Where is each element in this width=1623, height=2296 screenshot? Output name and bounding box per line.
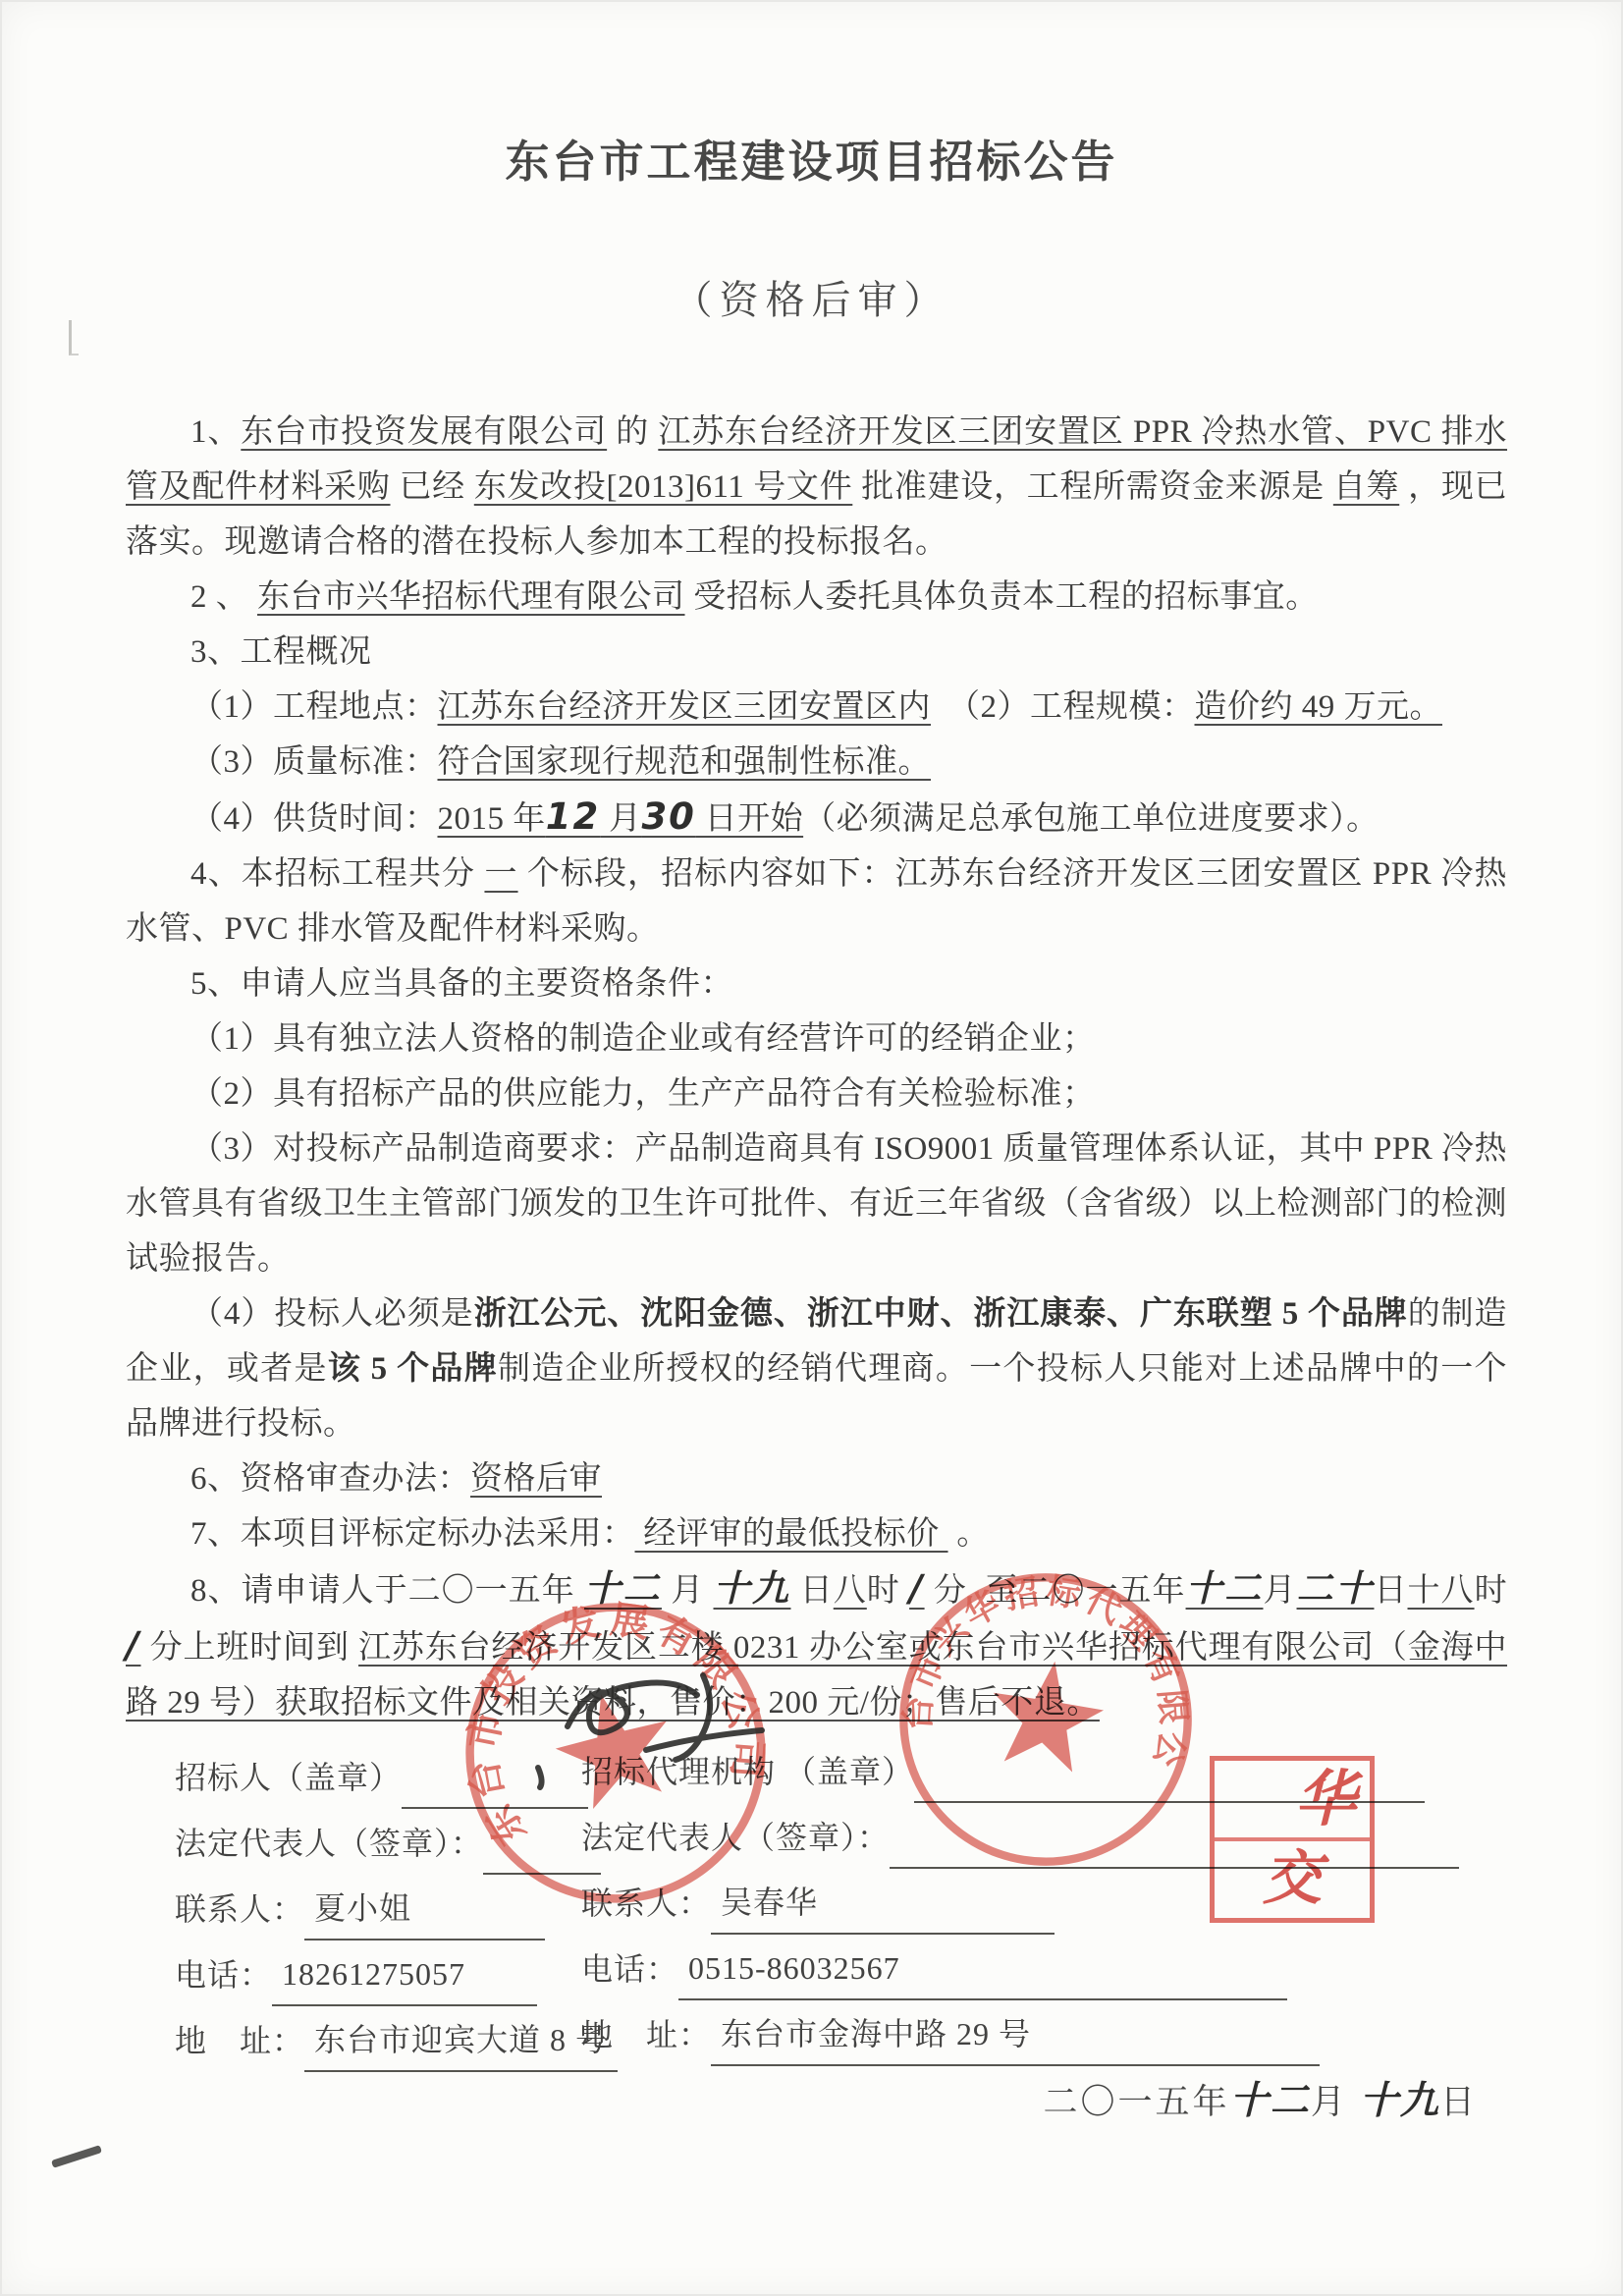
text-segment: 2 、 [190,579,257,615]
paragraph: （2）具有招标产品的供应能力，生产产品符合有关检验标准； [126,1066,1507,1121]
signature-row: 地 址：东台市金海中路 29 号 [581,2003,1459,2069]
text-segment: 月 [600,801,641,837]
paragraph: 2 、 东台市兴华招标代理有限公司 受招标人委托具体负责本工程的招标事宜。 [126,570,1507,625]
signature-row: 电话：0515-86032567 [581,1938,1459,2003]
date-line: 二〇一五年十二月 十九日 [1043,2070,1478,2125]
text-segment: 8、请申请人于二〇一五年 [190,1573,584,1609]
text-segment: 6、资格审查办法： [190,1461,470,1497]
signature-value: 0515-86032567 [678,1940,1287,2000]
text-segment: 7、本项目评标定标办法采用： [190,1516,635,1552]
handwritten-text: 十二 [1229,2079,1310,2123]
text-segment: 4、本招标工程共分 [190,856,484,892]
text-segment: 十八 [1408,1573,1475,1609]
text-segment: 造价约 49 万元。 [1195,689,1443,725]
paragraph: （3）质量标准：符合国家现行规范和强制性标准。 [126,735,1507,790]
text-segment: 已经 [391,469,474,505]
text-segment: 日 [1374,1573,1407,1609]
text-segment: 月 [1311,2083,1360,2121]
text-segment: 月 [1264,1573,1297,1609]
scanned-document-page: 东台市工程建设项目招标公告 （资格后审） 1、东台市投资发展有限公司 的 江苏东… [0,0,1623,2296]
signature-label: 电话： [581,1938,678,2000]
paragraph: （4）供货时间：2015 年12 月30 日开始（必须满足总承包施工单位进度要求… [126,790,1507,847]
signature-label: 法定代表人（签章）： [175,1812,483,1875]
star-icon [983,1653,1109,1776]
handwritten-red-mark: 华 交 [1210,1756,1375,1923]
paragraph: 5、申请人应当具备的主要资格条件： [126,957,1507,1011]
paragraph: 1、东台市投资发展有限公司 的 江苏东台经济开发区三团安置区 PPR 冷热水管、… [126,405,1507,570]
signature-label: 招标人（盖章） [175,1746,402,1809]
text-segment: 二〇一五年 [1043,2083,1229,2121]
text-segment: 江苏东台经济开发区三团安置区内 [438,689,932,725]
signature-label: 联系人： [175,1878,304,1941]
paragraph: 6、资格审查办法：资格后审 [126,1451,1507,1506]
signature-value: 东台市迎宾大道 8 号 [304,2011,618,2072]
text-segment: （1）工程地点： [190,689,438,725]
paragraph: （4）投标人必须是浙江公元、沈阳金德、浙江中财、浙江康泰、广东联塑 5 个品牌的… [126,1286,1507,1451]
scan-corner-ink-artifact [51,2145,102,2168]
signature-value: 东台市金海中路 29 号 [711,2005,1320,2066]
text-segment: 日 [1440,2083,1478,2121]
scan-edge-artifact [69,320,79,355]
signature-row: 电话：18261275057 [175,1943,618,2009]
agency-company-seal-stamp-icon: 东台市兴华招标代理有限公司 [872,1546,1220,1894]
text-segment: 分上班时间到 [141,1630,359,1666]
text-segment: 。 [948,1516,990,1552]
handwritten-text: 30 [641,795,695,838]
text-segment: 东台市投资发展有限公司 [241,414,607,450]
text-segment: （2）具有招标产品的供应能力，生产产品符合有关检验标准； [190,1076,1096,1112]
paragraph: 8、请申请人于二〇一五年 十二 月 十九 日八时 / 分 至二〇一五年十二月二十… [126,1561,1507,1730]
text-segment: （4）供货时间： [190,801,438,837]
red-mark-char: 华 [1215,1761,1370,1837]
handwritten-text: 十九 [1360,2079,1440,2123]
text-segment: 5、申请人应当具备的主要资格条件： [190,966,733,1002]
handwritten-text: 二十 [1297,1567,1375,1610]
text-segment: （4）投标人必须是 [190,1296,474,1332]
signature-label: 地 址： [175,2009,304,2072]
handwritten-signature [530,1658,795,1795]
text-segment: 时 [867,1573,909,1609]
signature-label: 地 址： [581,2003,711,2066]
text-segment: （3）对投标产品制造商要求：产品制造商具有 ISO9001 质量管理体系认证，其… [126,1131,1507,1277]
text-segment: 八 [834,1573,867,1609]
signature-label: 电话： [175,1943,272,2006]
text-segment: 东台市兴华招标代理有限公司 [257,579,685,615]
text-segment: 的 [607,414,658,450]
text-segment: 一 [484,856,517,892]
paragraph: 3、工程概况 [126,625,1507,680]
text-segment: （必须满足总承包施工单位进度要求）。 [803,801,1380,837]
text-segment: 日开始 [696,801,803,837]
signature-row: 地 址：东台市迎宾大道 8 号 [175,2009,618,2075]
signature-value: 吴春华 [711,1874,1055,1935]
text-segment: 受招标人委托具体负责本工程的招标事宜。 [685,579,1319,615]
text-segment: 符合国家现行规范和强制性标准。 [438,744,932,780]
page-subtitle: （资格后审） [0,269,1623,325]
paragraph: （1）工程地点：江苏东台经济开发区三团安置区内 （2）工程规模：造价约 49 万… [126,680,1507,735]
text-segment: 该 5 个品牌 [328,1351,498,1387]
handwritten-text: 12 [546,795,600,838]
text-segment: 批准建设，工程所需资金来源是 [852,469,1333,505]
paragraph: （1）具有独立法人资格的制造企业或有经营许可的经销企业； [126,1011,1507,1066]
text-segment: 资格后审 [470,1461,602,1497]
text-segment: （1）具有独立法人资格的制造企业或有经营许可的经销企业； [190,1021,1096,1057]
text-segment: 浙江公元、沈阳金德、浙江中财、浙江康泰、广东联塑 5 个品牌 [474,1296,1408,1332]
text-segment: （2）工程规模： [931,689,1195,725]
text-segment: 时 [1475,1573,1516,1609]
handwritten-text: / [126,1624,141,1667]
text-segment: 3、工程概况 [190,634,372,670]
page-title: 东台市工程建设项目招标公告 [0,126,1623,190]
text-segment: 东发改投[2013]611 号文件 [474,469,853,505]
paragraph: 7、本项目评标定标办法采用： 经评审的最低投标价 。 [126,1506,1507,1561]
paragraphs: 1、东台市投资发展有限公司 的 江苏东台经济开发区三团安置区 PPR 冷热水管、… [126,405,1507,1730]
text-segment: （3）质量标准： [190,744,438,780]
paragraph: 4、本招标工程共分 一 个标段，招标内容如下：江苏东台经济开发区三团安置区 PP… [126,847,1507,957]
paragraph: （3）对投标产品制造商要求：产品制造商具有 ISO9001 质量管理体系认证，其… [126,1121,1507,1286]
text-segment: 经评审的最低投标价 [635,1516,948,1552]
text-segment: 1、 [190,414,241,450]
red-mark-char: 交 [1215,1837,1370,1916]
text-segment: 2015 年 [438,801,546,837]
signature-value: 18261275057 [272,1945,537,2006]
text-segment: 自筹 [1333,469,1399,505]
text-segment: 日 [790,1573,833,1609]
